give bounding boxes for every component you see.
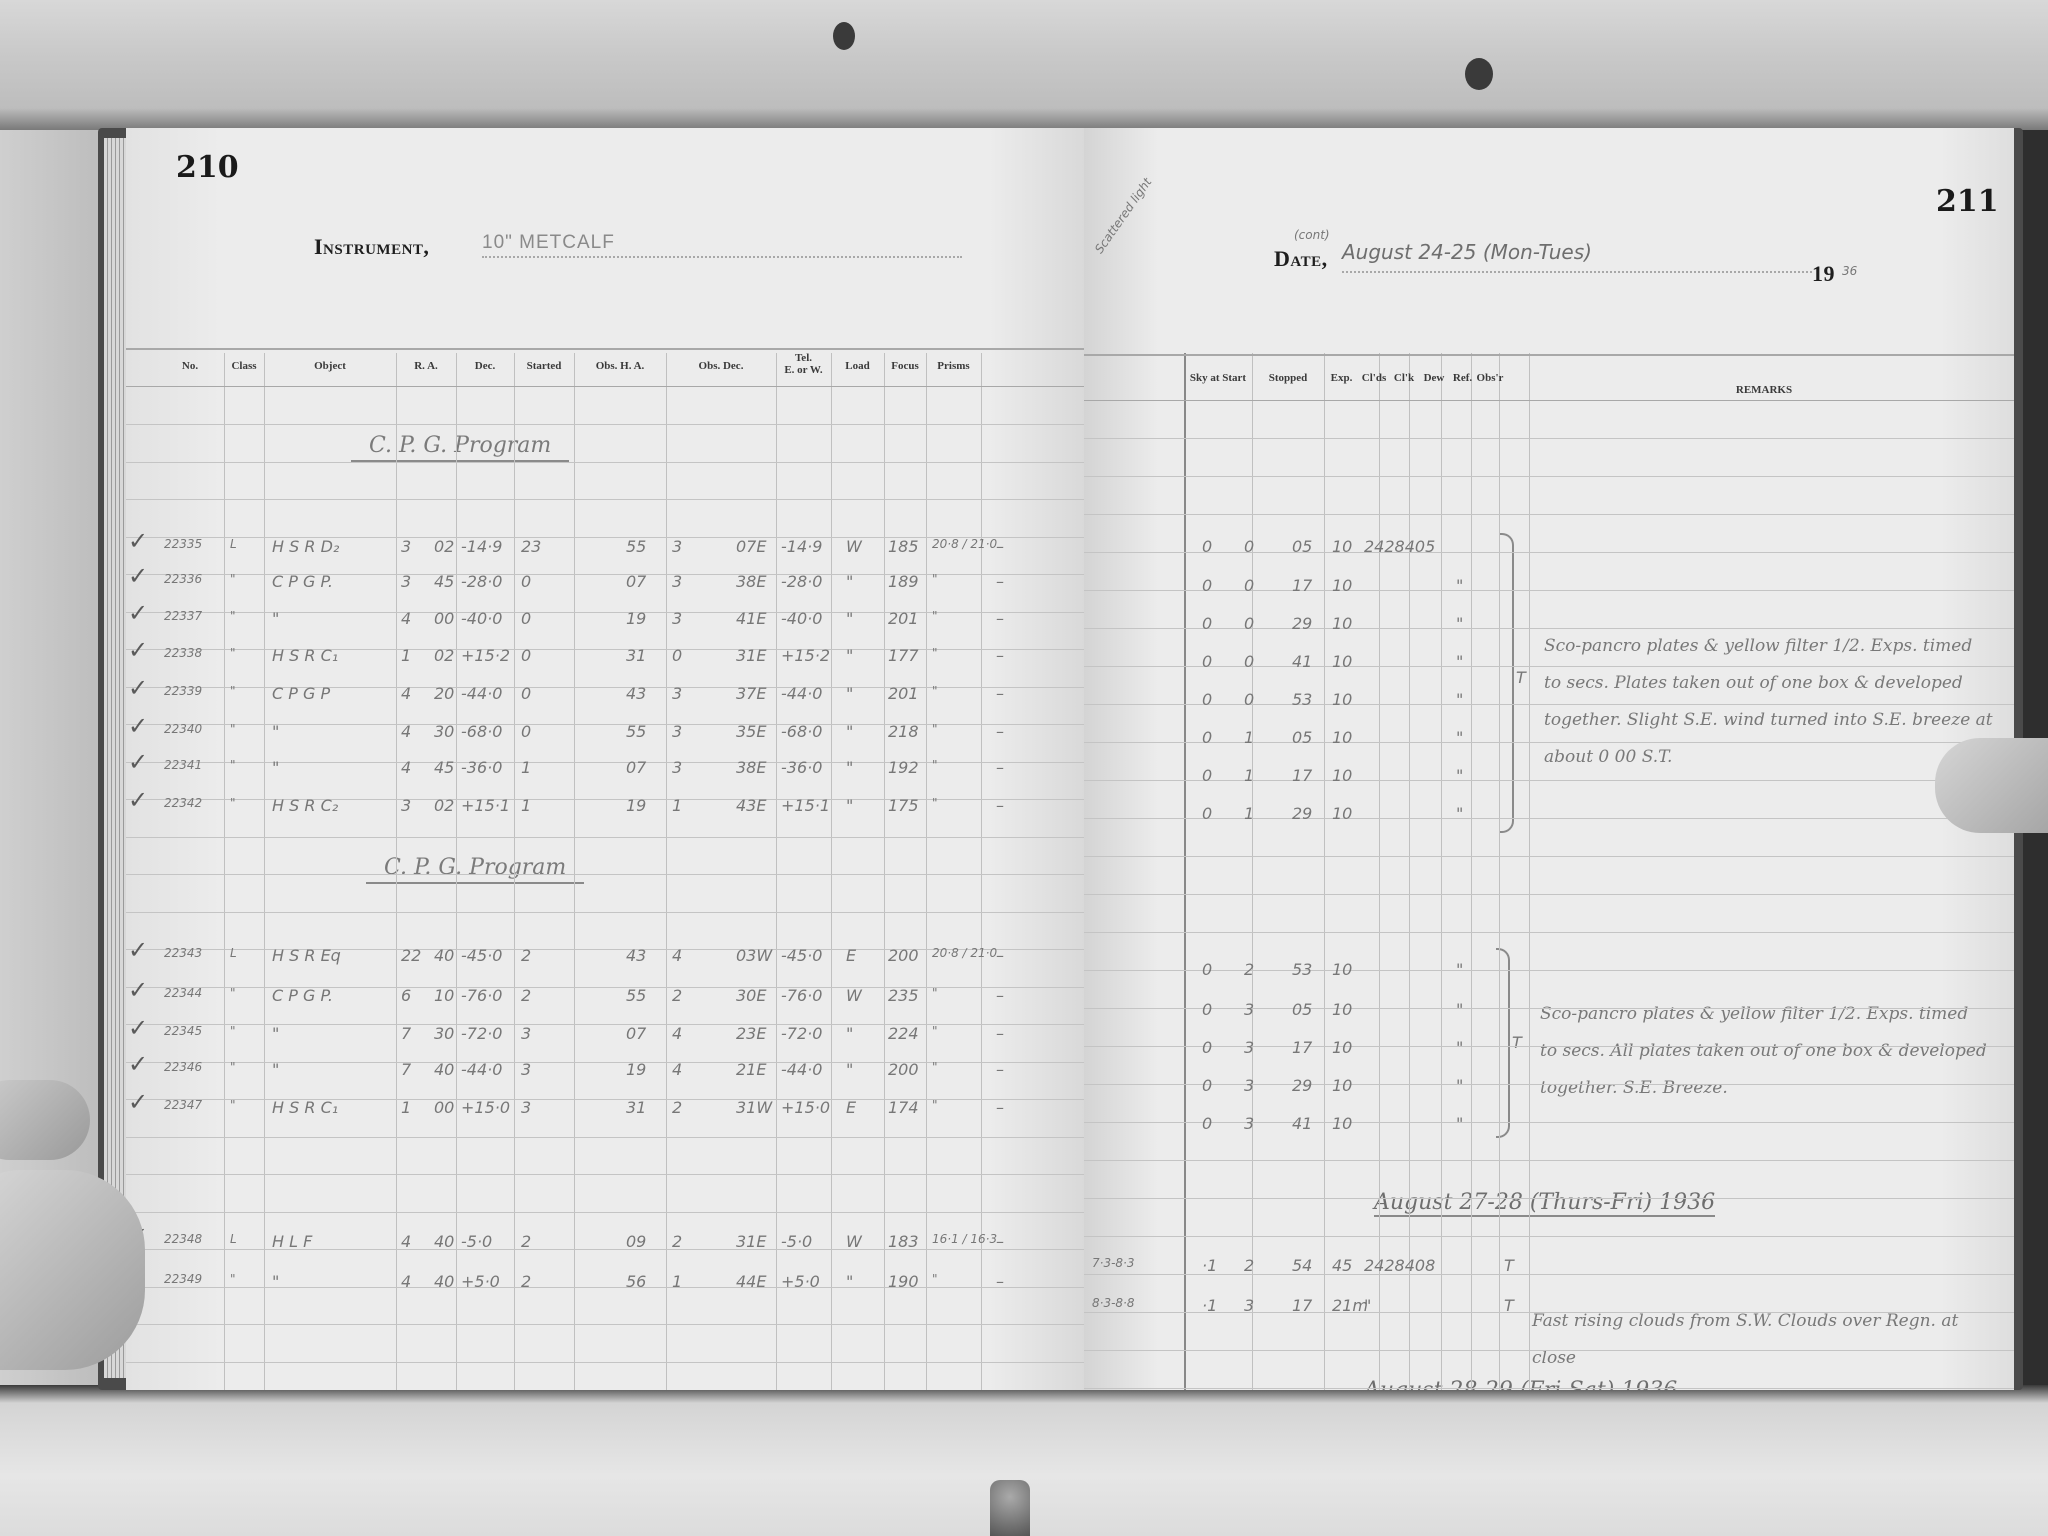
stopped-a: 0	[1202, 766, 1212, 785]
object-name: H L F	[272, 1232, 312, 1251]
load: 200	[888, 946, 919, 965]
plate-number: 22340	[164, 722, 202, 736]
declination: +15·0	[461, 1098, 510, 1117]
ledger-line	[126, 1249, 1084, 1250]
column-rule	[1471, 353, 1472, 1390]
ha-minutes: 07E	[736, 537, 766, 556]
ha-hours: 2	[672, 986, 682, 1005]
check-mark: ✓	[128, 636, 148, 664]
observer-mark: T	[1516, 668, 1526, 687]
object-name: C P G P	[272, 684, 330, 703]
check-mark: ✓	[128, 1050, 148, 1078]
ledger-line	[1084, 514, 2014, 515]
dew: "	[1456, 652, 1463, 671]
started-minutes: 07	[626, 758, 646, 777]
stopped-minutes: 29	[1292, 804, 1312, 823]
section-heading-aug27: August 27-28 (Thurs-Fri) 1936	[1374, 1190, 1715, 1217]
plate-number: 22337	[164, 609, 202, 623]
ra-hours: 1	[401, 1098, 411, 1117]
class: "	[230, 796, 236, 810]
sky-at-start: 8·3-8·8	[1092, 1296, 1135, 1310]
class: "	[230, 1024, 236, 1038]
prisms: –	[996, 1060, 1004, 1079]
column-rule	[456, 353, 457, 1390]
instrument-label: Instrument,	[314, 234, 429, 260]
check-mark: ✓	[128, 786, 148, 814]
observed-dec: -72·0	[781, 1024, 822, 1043]
exposure: 10	[1332, 1076, 1352, 1095]
ra-minutes: 40	[434, 1060, 454, 1079]
observer: T	[1504, 1296, 1514, 1315]
ledger-line	[1084, 780, 2014, 781]
ra-minutes: 30	[434, 722, 454, 741]
ha-minutes: 44E	[736, 1272, 766, 1291]
exposure: 10	[1332, 537, 1352, 556]
ledger-line	[126, 1174, 1084, 1175]
ledger-line	[1084, 856, 2014, 857]
plate-number: 22345	[164, 1024, 202, 1038]
ha-hours: 3	[672, 537, 682, 556]
object-name: H S R C₂	[272, 796, 338, 815]
started-minutes: 43	[626, 684, 646, 703]
load: 175	[888, 796, 919, 815]
stopped-minutes: 29	[1292, 1076, 1312, 1095]
clouds-jd: "	[1364, 1296, 1371, 1315]
ha-minutes: 41E	[736, 609, 766, 628]
check-mark: ✓	[128, 712, 148, 740]
observer: T	[1504, 1256, 1514, 1275]
column-rule	[1441, 353, 1442, 1390]
ha-minutes: 38E	[736, 572, 766, 591]
column-header-obs-r: Obs'r	[1476, 372, 1504, 384]
ra-hours: 4	[401, 1232, 411, 1251]
started-minutes: 43	[626, 946, 646, 965]
ra-hours: 6	[401, 986, 411, 1005]
ledger-line	[1084, 1236, 2014, 1237]
stopped-minutes: 17	[1292, 576, 1312, 595]
started-minutes: 09	[626, 1232, 646, 1251]
ledger-line	[126, 574, 1084, 575]
observed-dec: +15·1	[781, 796, 830, 815]
section-heading-cpg-1: C. P. G. Program	[351, 433, 569, 462]
remarks-group-1: Sco-pancro plates & yellow filter 1/2. E…	[1544, 628, 1994, 776]
ledger-line	[126, 687, 1084, 688]
ha-hours: 0	[672, 646, 682, 665]
started-hours: 2	[521, 946, 531, 965]
class: L	[230, 946, 237, 960]
stopped-minutes: 41	[1292, 1114, 1312, 1133]
ra-minutes: 02	[434, 537, 454, 556]
ha-minutes: 23E	[736, 1024, 766, 1043]
object-name: H S R C₁	[272, 646, 338, 665]
ledger-line	[126, 1287, 1084, 1288]
object-name: "	[272, 1272, 279, 1291]
stopped-minutes: 53	[1292, 690, 1312, 709]
column-rule	[1529, 353, 1530, 1390]
ha-hours: 3	[672, 572, 682, 591]
focus: 20·8 / 21·0	[932, 946, 997, 960]
stopped-hours: 0	[1244, 614, 1254, 633]
telescope-side: "	[846, 796, 853, 815]
ha-hours: 4	[672, 1024, 682, 1043]
ra-hours: 4	[401, 758, 411, 777]
load: 201	[888, 684, 919, 703]
started-hours: 0	[521, 684, 531, 703]
load: 201	[888, 609, 919, 628]
observed-dec: -44·0	[781, 1060, 822, 1079]
stopped-hours: 1	[1244, 766, 1254, 785]
prisms: –	[996, 537, 1004, 556]
ha-minutes: 35E	[736, 722, 766, 741]
ledger-line	[126, 1324, 1084, 1325]
prisms: –	[996, 684, 1004, 703]
header-rule-top	[1084, 354, 2014, 356]
stopped-minutes: 54	[1292, 1256, 1312, 1275]
stopped-hours: 1	[1244, 804, 1254, 823]
dew: "	[1456, 576, 1463, 595]
column-rule	[926, 353, 927, 1390]
remarks-group-2: Sco-pancro plates & yellow filter 1/2. E…	[1540, 996, 1990, 1107]
plate-number: 22339	[164, 684, 202, 698]
telescope-side: W	[846, 537, 862, 556]
started-minutes: 07	[626, 572, 646, 591]
observer-mark: T	[1512, 1033, 1522, 1052]
ha-minutes: 21E	[736, 1060, 766, 1079]
stopped-a: 0	[1202, 1114, 1212, 1133]
hand-thumb-right	[1935, 738, 2048, 833]
column-header-dew: Dew	[1419, 372, 1449, 384]
ledger-line	[1084, 1122, 2014, 1123]
observed-dec: -5·0	[781, 1232, 812, 1251]
stopped-a: 0	[1202, 960, 1212, 979]
ha-minutes: 31W	[736, 1098, 772, 1117]
ledger-line	[126, 1062, 1084, 1063]
header-rule-bottom	[126, 386, 1084, 387]
prisms: –	[996, 1272, 1004, 1291]
ha-minutes: 03W	[736, 946, 772, 965]
stopped-minutes: 05	[1292, 728, 1312, 747]
stopped-hours: 1	[1244, 728, 1254, 747]
stopped-hours: 3	[1244, 1296, 1254, 1315]
ledger-line	[1084, 1160, 2014, 1161]
declination: -76·0	[461, 986, 502, 1005]
ra-hours: 3	[401, 537, 411, 556]
instrument-underline	[482, 256, 962, 258]
ledger-line	[126, 874, 1084, 875]
class: "	[230, 1060, 236, 1074]
stopped-hours: 2	[1244, 1256, 1254, 1275]
telescope-side: "	[846, 609, 853, 628]
ha-minutes: 37E	[736, 684, 766, 703]
telescope-side: "	[846, 684, 853, 703]
class: "	[230, 1098, 236, 1112]
declination: -68·0	[461, 722, 502, 741]
ledger-line	[126, 1362, 1084, 1363]
ha-hours: 2	[672, 1098, 682, 1117]
prisms: –	[996, 609, 1004, 628]
ra-hours: 4	[401, 609, 411, 628]
ledger-line	[1084, 438, 2014, 439]
class: "	[230, 1272, 236, 1286]
prisms: –	[996, 722, 1004, 741]
ha-hours: 3	[672, 758, 682, 777]
declination: -5·0	[461, 1232, 492, 1251]
started-minutes: 19	[626, 796, 646, 815]
declination: +15·2	[461, 646, 510, 665]
focus: "	[932, 722, 938, 736]
ledger-line	[1084, 1388, 2014, 1389]
column-rule	[884, 353, 885, 1390]
column-rule	[264, 353, 265, 1390]
ra-minutes: 45	[434, 572, 454, 591]
ha-hours: 1	[672, 1272, 682, 1291]
ha-hours: 3	[672, 722, 682, 741]
object-name: "	[272, 722, 279, 741]
ra-hours: 1	[401, 646, 411, 665]
ledger-line	[126, 1099, 1084, 1100]
ra-hours: 22	[401, 946, 421, 965]
object-name: "	[272, 1060, 279, 1079]
ha-hours: 3	[672, 684, 682, 703]
year-suffix: 36	[1842, 264, 1857, 278]
hand-finger	[0, 1080, 90, 1160]
focus: "	[932, 758, 938, 772]
stopped-hours: 3	[1244, 1114, 1254, 1133]
ra-minutes: 40	[434, 1232, 454, 1251]
focus: "	[932, 1024, 938, 1038]
exposure: 10	[1332, 960, 1352, 979]
stopped-hours: 0	[1244, 576, 1254, 595]
clouds-jd: 2428408	[1364, 1256, 1435, 1275]
load: 200	[888, 1060, 919, 1079]
dew: "	[1456, 614, 1463, 633]
declination: -28·0	[461, 572, 502, 591]
load: 174	[888, 1098, 919, 1117]
dew: "	[1456, 1038, 1463, 1057]
ra-minutes: 20	[434, 684, 454, 703]
bracket-group-1	[1500, 533, 1514, 833]
started-hours: 3	[521, 1024, 531, 1043]
ledger-line	[1084, 1008, 2014, 1009]
page-number-left: 210	[176, 150, 239, 185]
column-rule	[1252, 353, 1253, 1390]
exposure: 10	[1332, 1000, 1352, 1019]
column-header-tel-e-or-w-: Tel.E. or W.	[776, 352, 831, 376]
class: L	[230, 537, 237, 551]
object-name: H S R C₁	[272, 1098, 338, 1117]
column-header-dec-: Dec.	[456, 360, 514, 372]
declination: -40·0	[461, 609, 502, 628]
exposure: 10	[1332, 652, 1352, 671]
object-name: C P G P.	[272, 986, 333, 1005]
right-page: 211 (cont) Date, August 24-25 (Mon-Tues)…	[1084, 128, 2014, 1390]
stopped-a: 0	[1202, 537, 1212, 556]
observed-dec: +15·0	[781, 1098, 830, 1117]
started-hours: 23	[521, 537, 541, 556]
column-rule	[396, 353, 397, 1390]
focus: "	[932, 796, 938, 810]
focus: "	[932, 609, 938, 623]
dew: "	[1456, 690, 1463, 709]
stopped-a: 0	[1202, 804, 1212, 823]
plate-number: 22336	[164, 572, 202, 586]
column-header-no-: No.	[156, 360, 224, 372]
check-mark: ✓	[128, 527, 148, 555]
telescope-side: E	[846, 1098, 856, 1117]
plate-number: 22344	[164, 986, 202, 1000]
started-hours: 0	[521, 646, 531, 665]
plate-number: 22349	[164, 1272, 202, 1286]
header-rule-bottom	[1084, 400, 2014, 401]
ha-hours: 2	[672, 1232, 682, 1251]
check-mark: ✓	[128, 562, 148, 590]
ledger-line	[1084, 970, 2014, 971]
column-header-object: Object	[264, 360, 396, 372]
focus: "	[932, 1272, 938, 1286]
load: 192	[888, 758, 919, 777]
observed-dec: -68·0	[781, 722, 822, 741]
exposure: 21m	[1332, 1296, 1368, 1315]
telescope-side: "	[846, 1024, 853, 1043]
focus: 16·1 / 16·3	[932, 1232, 997, 1246]
stopped-hours: 0	[1244, 652, 1254, 671]
logbook: 210 Instrument, 10" METCALF C. P. G. Pro…	[98, 128, 2023, 1390]
observed-dec: -45·0	[781, 946, 822, 965]
column-header-sky-at-start: Sky at Start	[1184, 372, 1252, 384]
section-heading-cpg-2: C. P. G. Program	[366, 855, 584, 884]
ra-minutes: 00	[434, 609, 454, 628]
check-mark: ✓	[128, 976, 148, 1004]
column-header-class: Class	[224, 360, 264, 372]
column-rule	[574, 353, 575, 1390]
check-mark: ✓	[128, 599, 148, 627]
wood-knot	[1465, 58, 1493, 90]
ledger-line	[1084, 552, 2014, 553]
prisms: –	[996, 572, 1004, 591]
declination: -44·0	[461, 684, 502, 703]
load: 189	[888, 572, 919, 591]
started-hours: 0	[521, 722, 531, 741]
focus: "	[932, 646, 938, 660]
prisms: –	[996, 1098, 1004, 1117]
ra-minutes: 00	[434, 1098, 454, 1117]
column-header-prisms: Prisms	[926, 360, 981, 372]
exposure: 10	[1332, 766, 1352, 785]
ra-minutes: 02	[434, 646, 454, 665]
ra-minutes: 45	[434, 758, 454, 777]
ledger-line	[126, 499, 1084, 500]
focus: "	[932, 986, 938, 1000]
column-header-r-a-: R. A.	[396, 360, 456, 372]
class: "	[230, 572, 236, 586]
load: 190	[888, 1272, 919, 1291]
stopped-minutes: 41	[1292, 652, 1312, 671]
stopped-a: ·1	[1202, 1296, 1217, 1315]
stopped-hours: 0	[1244, 690, 1254, 709]
ledger-line	[1084, 1312, 2014, 1313]
column-rule	[224, 353, 225, 1390]
stopped-a: ·1	[1202, 1256, 1217, 1275]
ha-minutes: 43E	[736, 796, 766, 815]
column-header-remarks: REMARKS	[1529, 384, 1999, 396]
ledger-line	[126, 424, 1084, 425]
check-mark: ✓	[128, 674, 148, 702]
declination: -45·0	[461, 946, 502, 965]
ledger-line	[1084, 818, 2014, 819]
observed-dec: -28·0	[781, 572, 822, 591]
dew: "	[1456, 804, 1463, 823]
declination: -14·9	[461, 537, 502, 556]
column-header-ref-: Ref.	[1449, 372, 1476, 384]
load: 218	[888, 722, 919, 741]
ledger-line	[126, 1212, 1084, 1213]
ra-hours: 4	[401, 1272, 411, 1291]
wood-knot	[833, 22, 855, 50]
clouds-jd: 2428405	[1364, 537, 1435, 556]
prisms: –	[996, 986, 1004, 1005]
telescope-side: W	[846, 1232, 862, 1251]
ledger-line	[1084, 1198, 2014, 1199]
focus: "	[932, 1098, 938, 1112]
ra-minutes: 30	[434, 1024, 454, 1043]
left-page: 210 Instrument, 10" METCALF C. P. G. Pro…	[126, 128, 1084, 1390]
ledger-line	[126, 799, 1084, 800]
column-rule	[1324, 353, 1325, 1390]
telescope-side: W	[846, 986, 862, 1005]
ledger-line	[126, 462, 1084, 463]
started-hours: 1	[521, 796, 531, 815]
object-name: "	[272, 609, 279, 628]
focus: "	[932, 1060, 938, 1074]
plate-number: 22341	[164, 758, 202, 772]
check-mark: ✓	[128, 748, 148, 776]
column-rule	[776, 353, 777, 1390]
prisms: –	[996, 796, 1004, 815]
ra-hours: 7	[401, 1024, 411, 1043]
observed-dec: -44·0	[781, 684, 822, 703]
started-minutes: 19	[626, 1060, 646, 1079]
column-header-load: Load	[831, 360, 884, 372]
class: "	[230, 722, 236, 736]
ledger-line	[126, 649, 1084, 650]
started-hours: 1	[521, 758, 531, 777]
ra-minutes: 40	[434, 946, 454, 965]
column-rule	[831, 353, 832, 1390]
exposure: 10	[1332, 804, 1352, 823]
started-hours: 3	[521, 1098, 531, 1117]
sky-at-start: 7·3-8·3	[1092, 1256, 1135, 1270]
ha-minutes: 31E	[736, 646, 766, 665]
column-header-stopped: Stopped	[1252, 372, 1324, 384]
ledger-line	[1084, 742, 2014, 743]
class: "	[230, 684, 236, 698]
telescope-side: "	[846, 572, 853, 591]
ra-minutes: 02	[434, 796, 454, 815]
started-hours: 3	[521, 1060, 531, 1079]
column-rule	[514, 353, 515, 1390]
telescope-side: "	[846, 646, 853, 665]
ledger-line	[1084, 476, 2014, 477]
ra-hours: 3	[401, 796, 411, 815]
plate-number: 22347	[164, 1098, 202, 1112]
telescope-side: "	[846, 758, 853, 777]
started-hours: 0	[521, 572, 531, 591]
telescope-side: "	[846, 722, 853, 741]
ha-minutes: 31E	[736, 1232, 766, 1251]
started-hours: 2	[521, 1232, 531, 1251]
started-minutes: 31	[626, 646, 646, 665]
stopped-hours: 3	[1244, 1000, 1254, 1019]
